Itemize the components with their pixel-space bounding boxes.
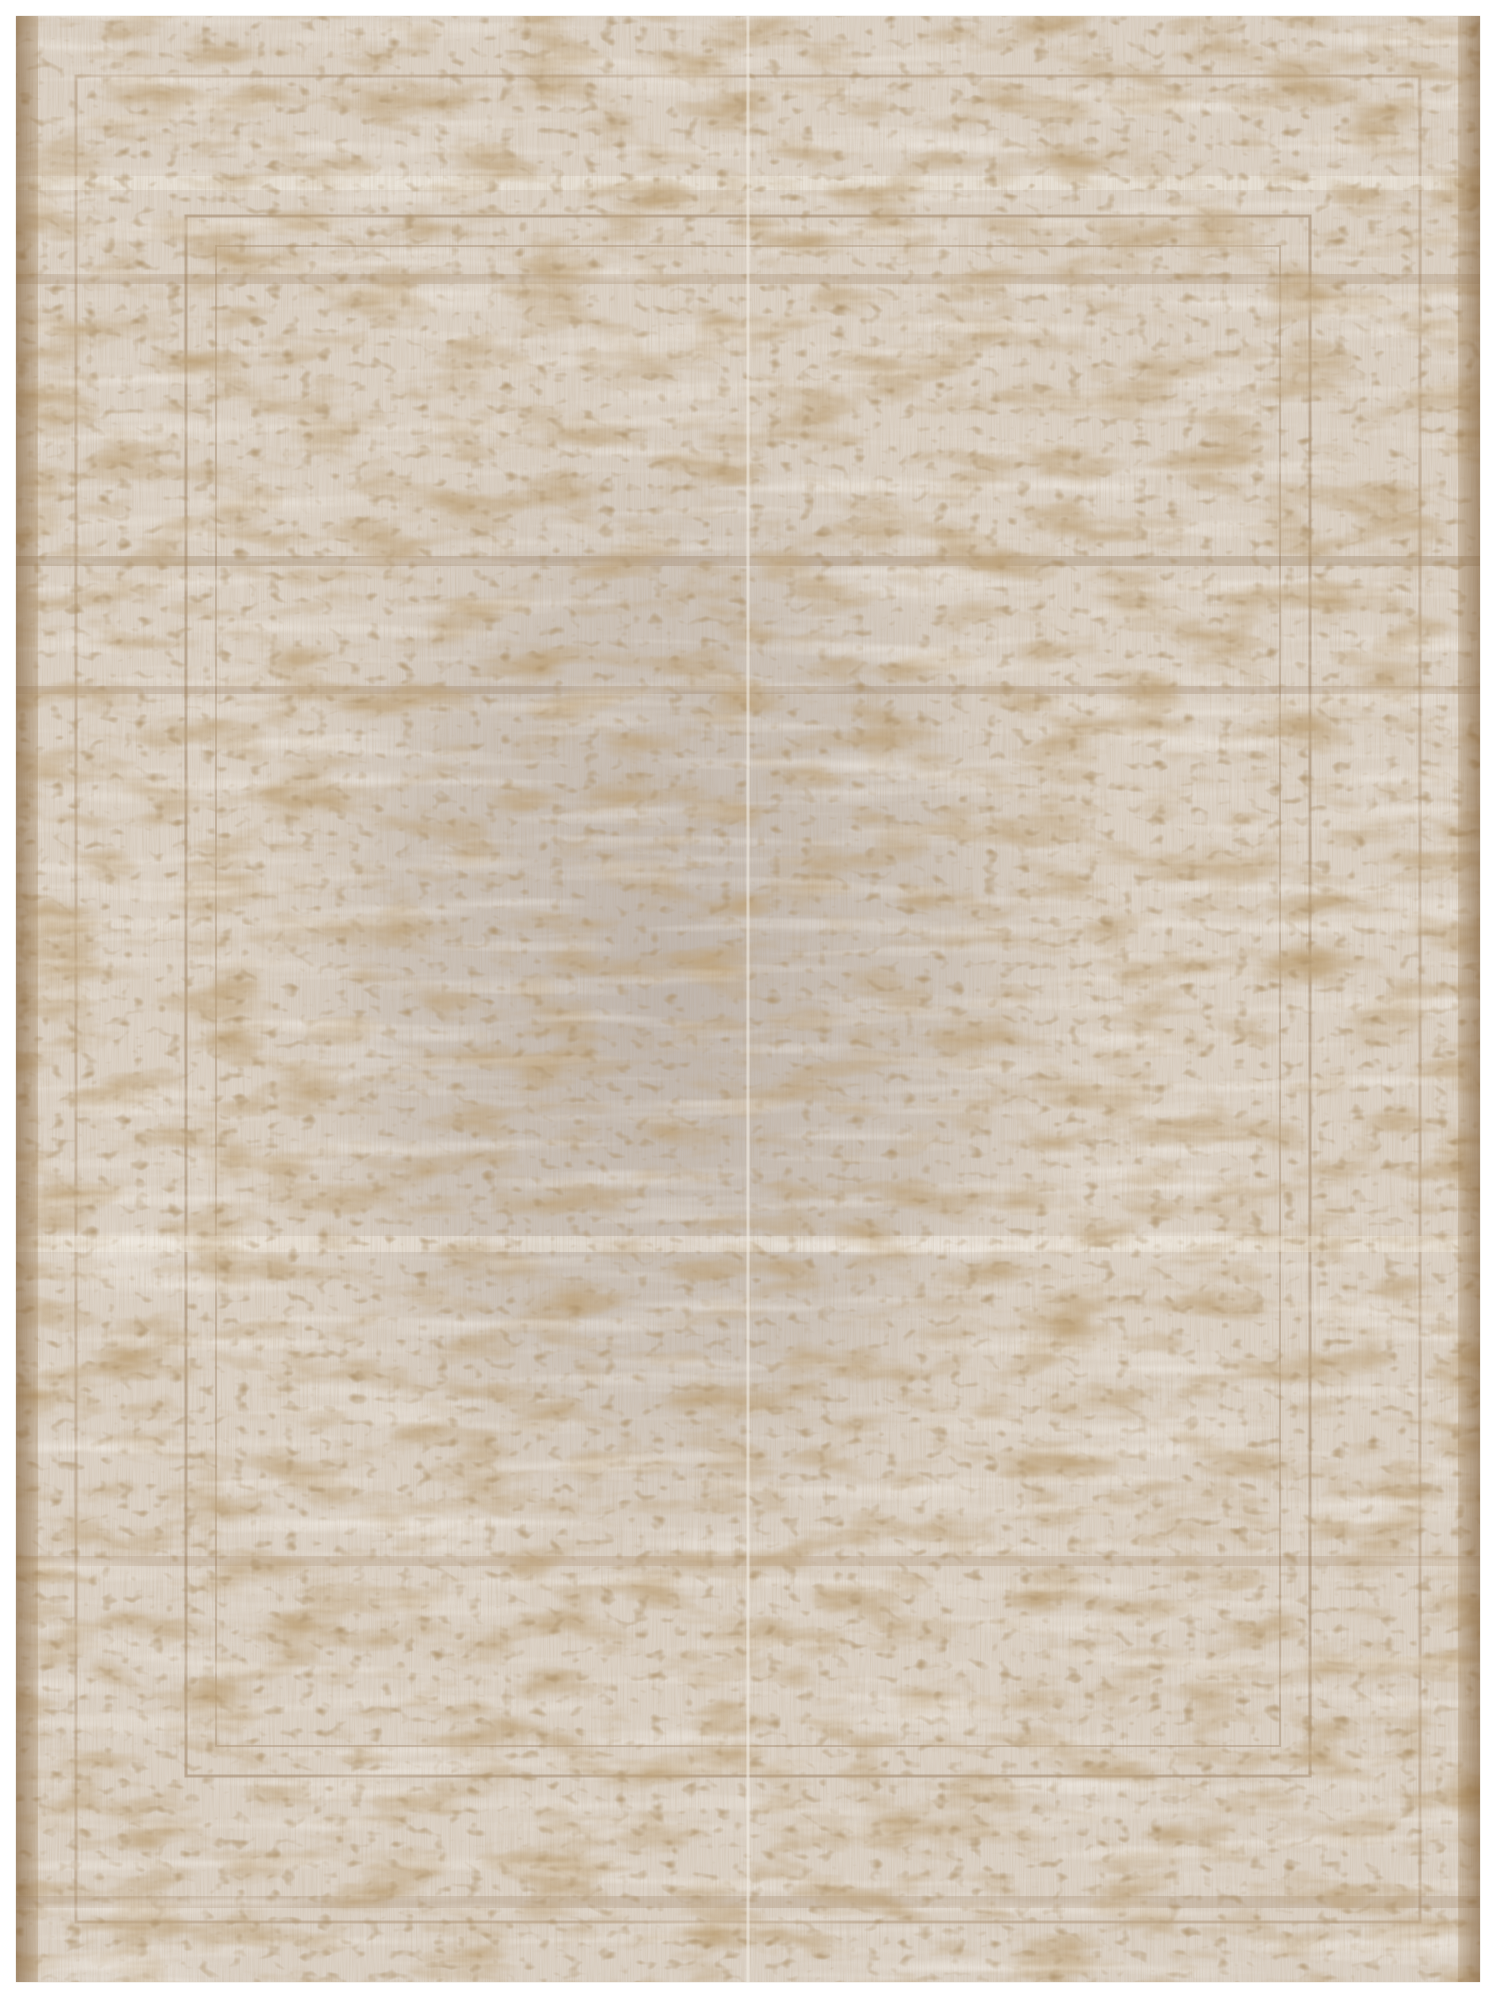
rug bbox=[16, 16, 1480, 1982]
rug-pattern bbox=[16, 16, 1480, 1982]
rug-edge-right bbox=[1458, 16, 1480, 1982]
rug-edge-left bbox=[16, 16, 38, 1982]
